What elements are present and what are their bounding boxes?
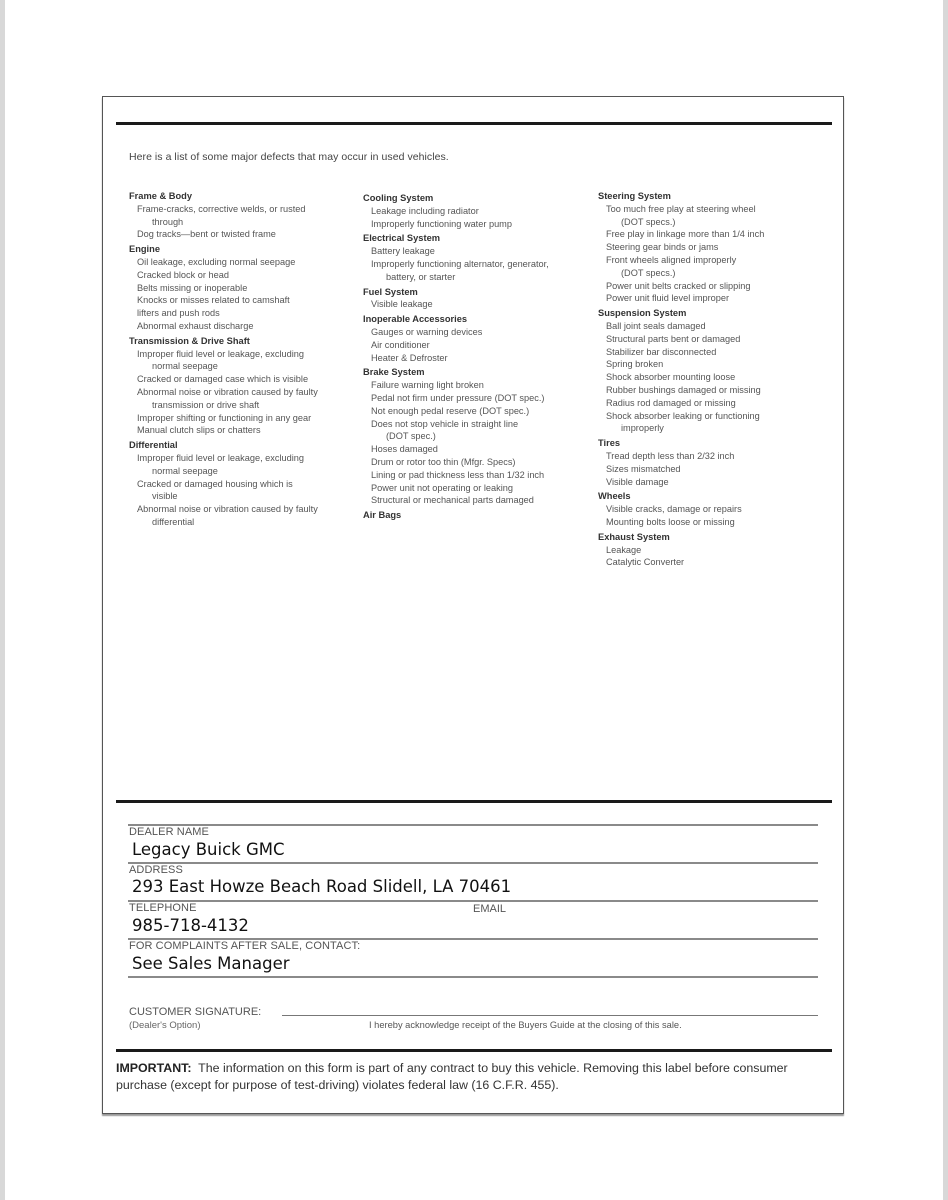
defect-item-text: Oil leakage, excluding normal seepage bbox=[137, 257, 295, 267]
defect-item-text: Improperly functioning water pump bbox=[371, 219, 512, 229]
top-rule bbox=[116, 122, 832, 125]
defect-item-text: Visible damage bbox=[606, 477, 669, 487]
defect-item-text: Power unit not operating or leaking bbox=[371, 483, 513, 493]
defect-item: Shock absorber leaking or functioningimp… bbox=[598, 410, 818, 436]
defect-item-text: Not enough pedal reserve (DOT spec.) bbox=[371, 406, 529, 416]
defect-section: EngineOil leakage, excluding normal seep… bbox=[129, 243, 359, 333]
defect-item: Lining or pad thickness less than 1/32 i… bbox=[363, 469, 593, 482]
defect-section-title: Wheels bbox=[598, 490, 818, 503]
page-edge-left bbox=[0, 0, 5, 1200]
defects-column-1: Frame & BodyFrame-cracks, corrective wel… bbox=[129, 190, 359, 531]
defect-item-continuation: battery, or starter bbox=[371, 271, 593, 284]
complaints-label: FOR COMPLAINTS AFTER SALE, CONTACT: bbox=[129, 940, 360, 952]
defect-item-text: lifters and push rods bbox=[137, 308, 220, 318]
defect-item-text: Steering gear binds or jams bbox=[606, 242, 718, 252]
defect-section: Fuel SystemVisible leakage bbox=[363, 286, 593, 312]
defect-item: Belts missing or inoperable bbox=[129, 282, 359, 295]
defect-item: Tread depth less than 2/32 inch bbox=[598, 450, 818, 463]
defect-item: Abnormal noise or vibration caused by fa… bbox=[129, 386, 359, 412]
defect-item: Structural or mechanical parts damaged bbox=[363, 494, 593, 507]
defect-item: Oil leakage, excluding normal seepage bbox=[129, 256, 359, 269]
defect-item: Leakage including radiator bbox=[363, 205, 593, 218]
defect-item-text: Stabilizer bar disconnected bbox=[606, 347, 716, 357]
defect-item: Shock absorber mounting loose bbox=[598, 371, 818, 384]
defect-item: Gauges or warning devices bbox=[363, 326, 593, 339]
defect-item-text: Battery leakage bbox=[371, 246, 435, 256]
defect-section: Transmission & Drive ShaftImproper fluid… bbox=[129, 335, 359, 437]
defect-item-text: Manual clutch slips or chatters bbox=[137, 425, 261, 435]
defect-item: Drum or rotor too thin (Mfgr. Specs) bbox=[363, 456, 593, 469]
defect-item: Frame-cracks, corrective welds, or ruste… bbox=[129, 203, 359, 229]
defect-item-text: Power unit fluid level improper bbox=[606, 293, 729, 303]
defect-item-text: Gauges or warning devices bbox=[371, 327, 482, 337]
defect-item-text: Drum or rotor too thin (Mfgr. Specs) bbox=[371, 457, 516, 467]
defect-item: Improper fluid level or leakage, excludi… bbox=[129, 348, 359, 374]
defect-item: Hoses damaged bbox=[363, 443, 593, 456]
defect-item-text: Improper shifting or functioning in any … bbox=[137, 413, 311, 423]
defect-item-text: Leakage bbox=[606, 545, 641, 555]
defect-item-continuation: normal seepage bbox=[137, 465, 359, 478]
defect-item: Rubber bushings damaged or missing bbox=[598, 384, 818, 397]
defect-section-title: Differential bbox=[129, 439, 359, 452]
defects-column-2: Cooling SystemLeakage including radiator… bbox=[363, 192, 593, 524]
defect-item-text: Abnormal noise or vibration caused by fa… bbox=[137, 504, 318, 514]
address-label: ADDRESS bbox=[129, 864, 183, 876]
customer-signature-field[interactable] bbox=[282, 1015, 818, 1016]
defect-item: Abnormal noise or vibration caused by fa… bbox=[129, 503, 359, 529]
defect-section-title: Steering System bbox=[598, 190, 818, 203]
important-rule bbox=[116, 1049, 832, 1052]
defect-item-text: Improperly functioning alternator, gener… bbox=[371, 259, 549, 269]
defect-item-text: Too much free play at steering wheel bbox=[606, 204, 756, 214]
defect-section: Suspension SystemBall joint seals damage… bbox=[598, 307, 818, 435]
defect-item: Free play in linkage more than 1/4 inch bbox=[598, 228, 818, 241]
defect-item-text: Dog tracks—bent or twisted frame bbox=[137, 229, 276, 239]
intro-text: Here is a list of some major defects tha… bbox=[129, 151, 449, 163]
important-label: IMPORTANT: bbox=[116, 1061, 191, 1075]
defect-item: Steering gear binds or jams bbox=[598, 241, 818, 254]
defect-item-text: Front wheels aligned improperly bbox=[606, 255, 736, 265]
defect-item-text: Sizes mismatched bbox=[606, 464, 681, 474]
defect-item-text: Ball joint seals damaged bbox=[606, 321, 706, 331]
defect-item-text: Shock absorber leaking or functioning bbox=[606, 411, 760, 421]
defect-item: Visible damage bbox=[598, 476, 818, 489]
defect-item: Visible leakage bbox=[363, 298, 593, 311]
defect-item-text: Improper fluid level or leakage, excludi… bbox=[137, 349, 304, 359]
defect-item: Dog tracks—bent or twisted frame bbox=[129, 228, 359, 241]
defect-item: Does not stop vehicle in straight line(D… bbox=[363, 418, 593, 444]
defect-item: Radius rod damaged or missing bbox=[598, 397, 818, 410]
defect-section-title: Frame & Body bbox=[129, 190, 359, 203]
defect-item-continuation: (DOT specs.) bbox=[606, 216, 818, 229]
form-top-rule bbox=[116, 800, 832, 803]
defect-item-text: Mounting bolts loose or missing bbox=[606, 517, 735, 527]
defect-item: lifters and push rods bbox=[129, 307, 359, 320]
defect-item-continuation: differential bbox=[137, 516, 359, 529]
defect-item: Mounting bolts loose or missing bbox=[598, 516, 818, 529]
page-edge-right bbox=[943, 0, 948, 1200]
important-notice: IMPORTANT: The information on this form … bbox=[116, 1060, 832, 1094]
defect-section-title: Engine bbox=[129, 243, 359, 256]
defect-item-text: Structural or mechanical parts damaged bbox=[371, 495, 534, 505]
defect-item-text: Visible cracks, damage or repairs bbox=[606, 504, 742, 514]
defect-item: Improper fluid level or leakage, excludi… bbox=[129, 452, 359, 478]
defect-item: Abnormal exhaust discharge bbox=[129, 320, 359, 333]
defect-item-text: Hoses damaged bbox=[371, 444, 438, 454]
acknowledgement-text: I hereby acknowledge receipt of the Buye… bbox=[369, 1020, 682, 1030]
defect-item-continuation: visible bbox=[137, 490, 359, 503]
address-field[interactable]: 293 East Howze Beach Road Slidell, LA 70… bbox=[132, 877, 511, 896]
defect-section: Frame & BodyFrame-cracks, corrective wel… bbox=[129, 190, 359, 241]
defect-item-continuation: through bbox=[137, 216, 359, 229]
form-divider bbox=[128, 976, 818, 978]
defect-item-text: Spring broken bbox=[606, 359, 663, 369]
defect-section-title: Inoperable Accessories bbox=[363, 313, 593, 326]
defect-item-text: Radius rod damaged or missing bbox=[606, 398, 736, 408]
defect-item-text: Air conditioner bbox=[371, 340, 430, 350]
defect-item: Heater & Defroster bbox=[363, 352, 593, 365]
defect-item: Manual clutch slips or chatters bbox=[129, 424, 359, 437]
defect-item: Spring broken bbox=[598, 358, 818, 371]
defect-item: Front wheels aligned improperly(DOT spec… bbox=[598, 254, 818, 280]
defect-item: Structural parts bent or damaged bbox=[598, 333, 818, 346]
defect-item: Not enough pedal reserve (DOT spec.) bbox=[363, 405, 593, 418]
defect-section: WheelsVisible cracks, damage or repairsM… bbox=[598, 490, 818, 528]
defect-item-text: Free play in linkage more than 1/4 inch bbox=[606, 229, 764, 239]
telephone-label: TELEPHONE bbox=[129, 902, 197, 914]
defect-item: Stabilizer bar disconnected bbox=[598, 346, 818, 359]
defect-item: Too much free play at steering wheel(DOT… bbox=[598, 203, 818, 229]
defect-section-title: Electrical System bbox=[363, 232, 593, 245]
defect-item-text: Shock absorber mounting loose bbox=[606, 372, 735, 382]
defect-item-text: Structural parts bent or damaged bbox=[606, 334, 740, 344]
defect-item-text: Knocks or misses related to camshaft bbox=[137, 295, 290, 305]
defect-section-title: Brake System bbox=[363, 366, 593, 379]
dealer-name-label: DEALER NAME bbox=[129, 826, 209, 838]
form-divider bbox=[128, 824, 818, 826]
defect-item: Catalytic Converter bbox=[598, 556, 818, 569]
defect-item-text: Rubber bushings damaged or missing bbox=[606, 385, 761, 395]
defect-item-text: Failure warning light broken bbox=[371, 380, 484, 390]
defect-section: Exhaust SystemLeakageCatalytic Converter bbox=[598, 531, 818, 569]
email-label: EMAIL bbox=[473, 903, 506, 915]
defect-item: Pedal not firm under pressure (DOT spec.… bbox=[363, 392, 593, 405]
defect-item: Visible cracks, damage or repairs bbox=[598, 503, 818, 516]
defect-section: Electrical SystemBattery leakageImproper… bbox=[363, 232, 593, 283]
complaints-contact-field[interactable]: See Sales Manager bbox=[132, 954, 290, 973]
defect-section: Cooling SystemLeakage including radiator… bbox=[363, 192, 593, 230]
defects-column-3: Steering SystemToo much free play at ste… bbox=[598, 190, 818, 571]
defect-section: Steering SystemToo much free play at ste… bbox=[598, 190, 818, 305]
defect-item: Power unit belts cracked or slipping bbox=[598, 280, 818, 293]
defect-item: Cracked or damaged case which is visible bbox=[129, 373, 359, 386]
defect-item-text: Catalytic Converter bbox=[606, 557, 684, 567]
defect-item-continuation: (DOT spec.) bbox=[371, 430, 593, 443]
defect-item-text: Pedal not firm under pressure (DOT spec.… bbox=[371, 393, 544, 403]
defect-item: Knocks or misses related to camshaft bbox=[129, 294, 359, 307]
defect-section: Brake SystemFailure warning light broken… bbox=[363, 366, 593, 507]
defect-item: Leakage bbox=[598, 544, 818, 557]
form-divider bbox=[128, 900, 818, 902]
defect-item-text: Cracked block or head bbox=[137, 270, 229, 280]
defect-item: Power unit not operating or leaking bbox=[363, 482, 593, 495]
defect-item-text: Abnormal noise or vibration caused by fa… bbox=[137, 387, 318, 397]
defect-item-continuation: normal seepage bbox=[137, 360, 359, 373]
defect-item-text: Improper fluid level or leakage, excludi… bbox=[137, 453, 304, 463]
defect-item-continuation: (DOT specs.) bbox=[606, 267, 818, 280]
defect-section-title: Fuel System bbox=[363, 286, 593, 299]
defect-item: Improper shifting or functioning in any … bbox=[129, 412, 359, 425]
defect-item-continuation: transmission or drive shaft bbox=[137, 399, 359, 412]
defect-section-title: Cooling System bbox=[363, 192, 593, 205]
defect-item: Improperly functioning alternator, gener… bbox=[363, 258, 593, 284]
defect-item-text: Frame-cracks, corrective welds, or ruste… bbox=[137, 204, 305, 214]
defect-section: Inoperable AccessoriesGauges or warning … bbox=[363, 313, 593, 364]
defect-item: Air conditioner bbox=[363, 339, 593, 352]
defect-section: Air Bags bbox=[363, 509, 593, 522]
defect-item-text: Does not stop vehicle in straight line bbox=[371, 419, 518, 429]
defect-item-text: Abnormal exhaust discharge bbox=[137, 321, 253, 331]
important-text: The information on this form is part of … bbox=[116, 1061, 788, 1092]
defect-item-text: Visible leakage bbox=[371, 299, 433, 309]
dealer-name-field[interactable]: Legacy Buick GMC bbox=[132, 840, 285, 859]
defect-item-text: Heater & Defroster bbox=[371, 353, 448, 363]
defect-item: Cracked or damaged housing which isvisib… bbox=[129, 478, 359, 504]
defect-item: Ball joint seals damaged bbox=[598, 320, 818, 333]
defect-section-title: Tires bbox=[598, 437, 818, 450]
defect-item-text: Cracked or damaged housing which is bbox=[137, 479, 293, 489]
defect-item-text: Cracked or damaged case which is visible bbox=[137, 374, 308, 384]
defect-item: Failure warning light broken bbox=[363, 379, 593, 392]
defect-section-title: Air Bags bbox=[363, 509, 593, 522]
defect-item: Battery leakage bbox=[363, 245, 593, 258]
defect-item: Power unit fluid level improper bbox=[598, 292, 818, 305]
defect-item-text: Power unit belts cracked or slipping bbox=[606, 281, 751, 291]
defect-section: DifferentialImproper fluid level or leak… bbox=[129, 439, 359, 529]
dealer-option-note: (Dealer's Option) bbox=[129, 1020, 201, 1031]
form-divider bbox=[128, 862, 818, 864]
defect-item-text: Tread depth less than 2/32 inch bbox=[606, 451, 734, 461]
defect-section: TiresTread depth less than 2/32 inchSize… bbox=[598, 437, 818, 488]
telephone-field[interactable]: 985-718-4132 bbox=[132, 916, 249, 935]
defect-item: Cracked block or head bbox=[129, 269, 359, 282]
defect-item-text: Belts missing or inoperable bbox=[137, 283, 247, 293]
customer-signature-label: CUSTOMER SIGNATURE: bbox=[129, 1006, 261, 1018]
defect-item-text: Leakage including radiator bbox=[371, 206, 479, 216]
defect-item: Improperly functioning water pump bbox=[363, 218, 593, 231]
defect-section-title: Transmission & Drive Shaft bbox=[129, 335, 359, 348]
defect-item-continuation: improperly bbox=[606, 422, 818, 435]
defect-item: Sizes mismatched bbox=[598, 463, 818, 476]
defect-section-title: Suspension System bbox=[598, 307, 818, 320]
defect-section-title: Exhaust System bbox=[598, 531, 818, 544]
defect-item-text: Lining or pad thickness less than 1/32 i… bbox=[371, 470, 544, 480]
